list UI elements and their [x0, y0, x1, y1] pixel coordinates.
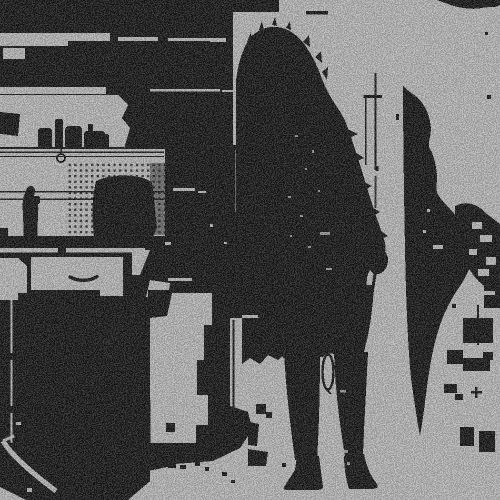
artwork	[0, 0, 500, 500]
film-grain	[0, 0, 500, 500]
artwork-canvas	[0, 0, 500, 500]
